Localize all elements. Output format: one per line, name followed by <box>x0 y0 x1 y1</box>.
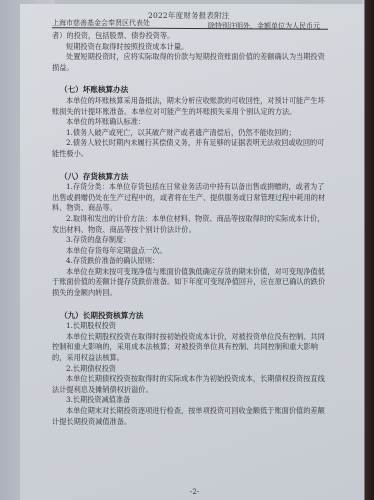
section-7-heading: （七）坏账核算办法 <box>52 85 328 96</box>
section-7-paragraph-2: 本单位的坏账确认标准： <box>52 117 328 128</box>
document-body: 者）的投资，包括股票、债券投资等。 短期投资在取得时按照投资成本计量。 处置短期… <box>52 31 328 427</box>
section-7-paragraph-1: 本单位的坏账核算采用备抵法，期末分析应收账款的可收回性，对预计可能产生坏账损失的… <box>52 96 328 117</box>
section-8-heading: （八）存货核算方法 <box>52 172 328 183</box>
section-7-item-1: 1.债务人破产或死亡，以其破产财产或者遗产清偿后，仍然不能收回的； <box>52 128 328 139</box>
intro-line-2: 短期投资在取得时按照投资成本计量。 <box>52 42 328 53</box>
section-8-item-4-text: 本单位在期末按可变现净值与账面价值孰低确定存货的期末价值，对可变现净值低于账面价… <box>52 267 328 299</box>
section-9-item-2: 2.长期债权投资 <box>52 364 328 375</box>
section-9-item-2-text: 本单位长期债权投资按取得时的实际成本作为初始投资成本，长期债权投资按直线法计提利… <box>52 374 328 395</box>
section-9-heading: （九）长期投资核算方法 <box>52 311 328 322</box>
section-8-item-1: 1.存货分类：本单位存货包括在日常业务活动中持有以备出售或捐赠的，或者为了出售或… <box>52 182 328 214</box>
section-9-item-3-text: 本单位期末对长期投资逐项进行检查，按单项投资可回收金额低于账面价值的差额计提长期… <box>52 406 328 427</box>
section-8-item-3: 3.存货的盘存制度： <box>52 235 328 246</box>
section-7-item-2: 2.债务人较长时期内未履行其偿债义务，并有足够的证据表明无法收回或收回的可能性极… <box>52 138 328 159</box>
intro-line-3: 处置短期投资时，应将实际取得的价款与短期投资账面价值的差额确认为当期投资损益。 <box>52 52 328 73</box>
section-9-item-3: 3.长期投资减值准备 <box>52 395 328 406</box>
section-8-item-4: 4.存货跌价准备的确认原则： <box>52 256 328 267</box>
section-8-item-3-text: 本单位存货每年定期盘点一次。 <box>52 246 328 257</box>
page-number: -2- <box>190 488 199 496</box>
section-8-item-2: 2.取得和发出的计价方法：本单位材料、物资、商品等按取得时的实际成本计价，发出材… <box>52 214 328 235</box>
intro-line-1: 者）的投资，包括股票、债券投资等。 <box>52 31 328 42</box>
header-rule <box>52 27 328 29</box>
document-page: 2022年度财务报表附注 上海市慈善基金会奉贤区代表处 除特别注明外，金额单位为… <box>20 4 364 500</box>
section-9-item-1: 1.长期股权投资 <box>52 321 328 332</box>
report-title: 2022年度财务报表附注 <box>148 10 230 21</box>
section-9-item-1-text: 本单位长期股权投资在取得时按初始投资成本计价，对被投资单位没有控制、共同控制和重… <box>52 332 328 364</box>
